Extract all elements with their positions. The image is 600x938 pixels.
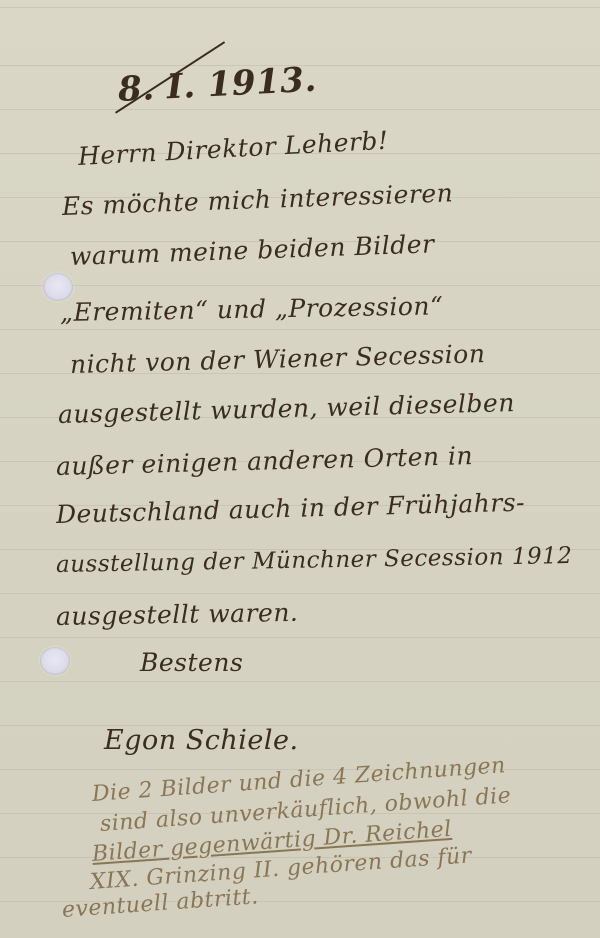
punch-hole-bottom [40,647,70,675]
body-line: ausgestellt waren. [56,598,299,631]
signature: Egon Schiele. [104,725,299,756]
closing: Bestens [140,648,243,677]
punch-hole-top [43,273,73,301]
